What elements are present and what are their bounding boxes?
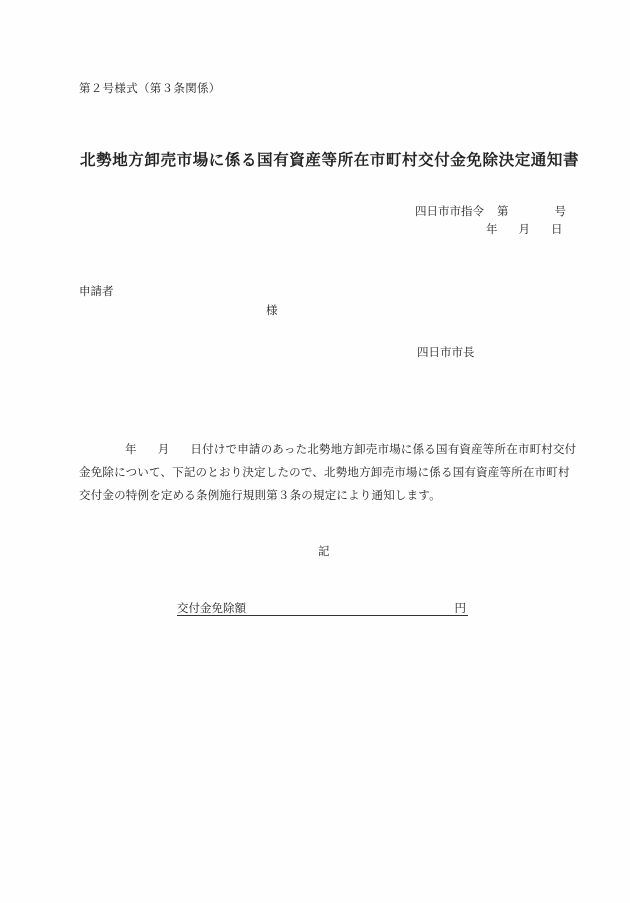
honorific: 様 [266, 302, 278, 318]
issue-date: 年月日 [486, 221, 563, 237]
applicant-label: 申請者 [79, 283, 114, 299]
date-day: 日 [551, 222, 563, 236]
sender-name: 四日市市長 [417, 344, 475, 360]
document-title: 北勢地方卸売市場に係る国有資産等所在市町村交付金免除決定通知書 [80, 148, 580, 170]
body-paragraph: 年月日付けで申請のあった北勢地方卸売市場に係る国有資産等所在市町村交付金免除につ… [79, 438, 579, 507]
date-year: 年 [486, 222, 498, 236]
reference-dai: 第 [497, 203, 509, 219]
ki-heading: 記 [318, 543, 330, 559]
reference-go: 号 [555, 203, 567, 219]
form-number: 第２号様式（第３条関係） [79, 80, 221, 96]
amount-row: 交付金免除額 円 [177, 600, 468, 616]
amount-label: 交付金免除額 [177, 601, 246, 615]
body-month: 月 [158, 442, 170, 456]
amount-unit: 円 [455, 600, 467, 616]
issuer-code: 四日市市指令 [415, 203, 484, 219]
body-text: 日付けで申請のあった北勢地方卸売市場に係る国有資産等所在市町村交付金免除について… [79, 442, 576, 502]
body-year: 年 [125, 442, 137, 456]
date-month: 月 [519, 222, 531, 236]
reference-number: 四日市市指令第号 [415, 203, 566, 219]
